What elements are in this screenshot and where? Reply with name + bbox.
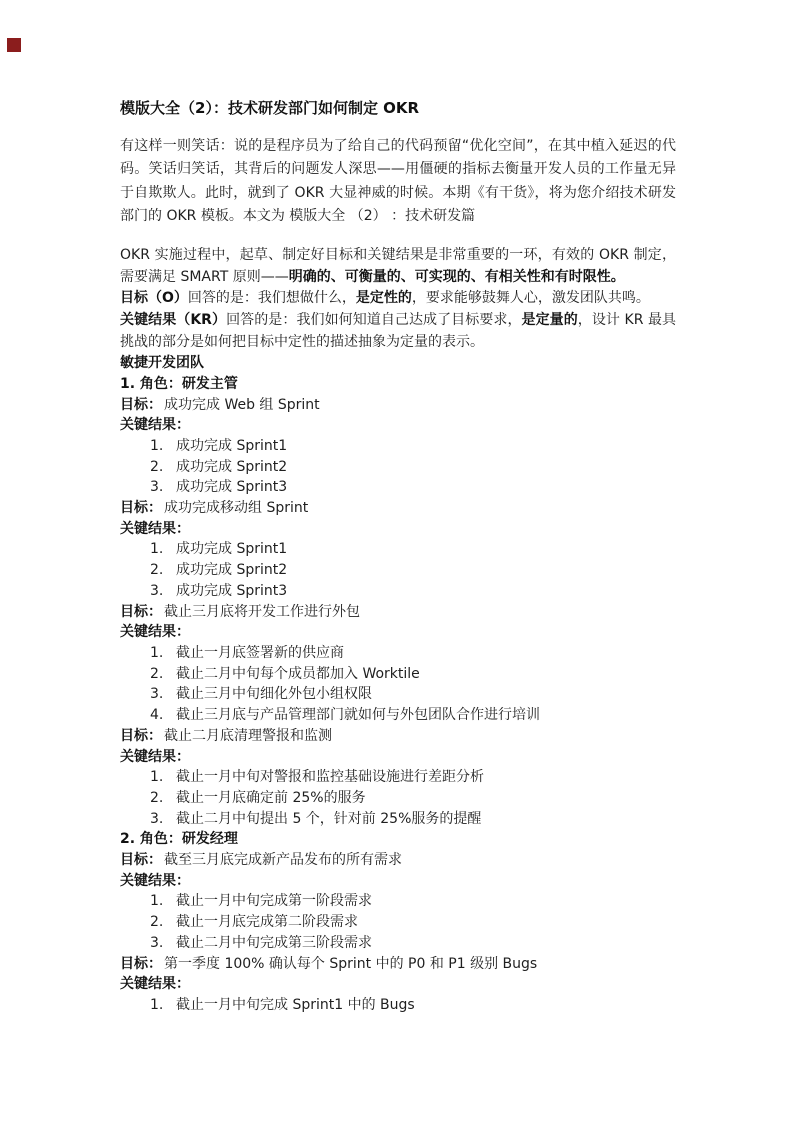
kr-item-text: 截止一月底签署新的供应商	[176, 645, 344, 661]
kr-item: 1.截止一月中旬完成 Sprint1 中的 Bugs	[120, 995, 676, 1016]
kr-item: 3.成功完成 Sprint3	[120, 581, 676, 602]
objective-label: 目标：	[120, 728, 162, 744]
role-heading: 1. 角色：研发主管	[120, 374, 676, 395]
kr-item-text: 截止二月中旬完成第三阶段需求	[176, 935, 372, 951]
objective-label: 目标：	[120, 604, 162, 620]
kr-label: 关键结果：	[120, 976, 190, 992]
kr-definition-paragraph: 关键结果（KR）回答的是：我们如何知道自己达成了目标要求，是定量的，设计 KR …	[120, 310, 676, 353]
kr-item-text: 截止二月中旬提出 5 个，针对前 25%服务的提醒	[176, 811, 481, 827]
kr-item-number: 2.	[150, 912, 176, 933]
kr-label: 关键结果：	[120, 417, 190, 433]
kr-item-number: 3.	[150, 933, 176, 954]
objective-label: 目标：	[120, 956, 162, 972]
kr-item-number: 2.	[150, 788, 176, 809]
objective-definition-paragraph: 目标（O）回答的是：我们想做什么，是定性的，要求能够鼓舞人心，激发团队共鸣。	[120, 288, 676, 310]
kr-label: 关键结果：	[120, 624, 190, 640]
kr-item-number: 1.	[150, 891, 176, 912]
kr-label-line: 关键结果：	[120, 747, 676, 768]
kr-item-number: 1.	[150, 767, 176, 788]
objective-line: 目标：截止三月底将开发工作进行外包	[120, 602, 676, 623]
kr-item: 1.截止一月中旬对警报和监控基础设施进行差距分析	[120, 767, 676, 788]
page-corner-mark	[7, 38, 21, 52]
kr-label: 关键结果：	[120, 873, 190, 889]
kr-item-number: 2.	[150, 457, 176, 478]
kr-item-text: 成功完成 Sprint1	[176, 541, 287, 557]
kr-item: 4.截止三月底与产品管理部门就如何与外包团队合作进行培训	[120, 705, 676, 726]
kr-item-number: 1.	[150, 995, 176, 1016]
kr-item-text: 成功完成 Sprint3	[176, 479, 287, 495]
objective-line: 目标：截至三月底完成新产品发布的所有需求	[120, 850, 676, 871]
objective-text: 第一季度 100% 确认每个 Sprint 中的 P0 和 P1 级别 Bugs	[164, 956, 537, 972]
kr-item-text: 截止一月中旬对警报和监控基础设施进行差距分析	[176, 769, 484, 785]
kr-label-line: 关键结果：	[120, 974, 676, 995]
objective-text: 成功完成移动组 Sprint	[164, 500, 308, 516]
document-content: 模版大全（2）：技术研发部门如何制定 OKR 有这样一则笑话：说的是程序员为了给…	[120, 99, 676, 1016]
role-heading: 2. 角色：研发经理	[120, 829, 676, 850]
kr-label-line: 关键结果：	[120, 415, 676, 436]
kr-item-number: 2.	[150, 664, 176, 685]
smart-principle-paragraph: OKR 实施过程中，起草、制定好目标和关键结果是非常重要的一环，有效的 OKR …	[120, 245, 676, 288]
kr-item-text: 截止三月中旬细化外包小组权限	[176, 686, 372, 702]
kr-item-number: 3.	[150, 581, 176, 602]
objective-label: 目标：	[120, 397, 162, 413]
kr-label-line: 关键结果：	[120, 519, 676, 540]
objective-label: 目标：	[120, 852, 162, 868]
kr-item-text: 成功完成 Sprint1	[176, 438, 287, 454]
kr-item: 2.成功完成 Sprint2	[120, 560, 676, 581]
kr-label: 关键结果：	[120, 749, 190, 765]
objective-text: 截止二月底清理警报和监测	[164, 728, 332, 744]
objective-line: 目标：第一季度 100% 确认每个 Sprint 中的 P0 和 P1 级别 B…	[120, 954, 676, 975]
kr-item-text: 成功完成 Sprint2	[176, 562, 287, 578]
kr-item: 1.截止一月中旬完成第一阶段需求	[120, 891, 676, 912]
objective-text: 成功完成 Web 组 Sprint	[164, 397, 320, 413]
kr-item: 2.截止二月中旬每个成员都加入 Worktile	[120, 664, 676, 685]
objective-line: 目标：成功完成 Web 组 Sprint	[120, 395, 676, 416]
kr-item-text: 截止一月中旬完成第一阶段需求	[176, 893, 372, 909]
section-heading: 敏捷开发团队	[120, 353, 676, 374]
intro-paragraph: 有这样一则笑话：说的是程序员为了给自己的代码预留“优化空间”，在其中植入延迟的代…	[120, 135, 676, 228]
objective-label: 目标：	[120, 500, 162, 516]
objective-text: 截至三月底完成新产品发布的所有需求	[164, 852, 402, 868]
kr-item: 1.成功完成 Sprint1	[120, 436, 676, 457]
kr-item-number: 2.	[150, 560, 176, 581]
kr-item-number: 1.	[150, 643, 176, 664]
okr-template-section: 敏捷开发团队 1. 角色：研发主管目标：成功完成 Web 组 Sprint关键结…	[120, 353, 676, 1016]
kr-label-line: 关键结果：	[120, 622, 676, 643]
kr-item-text: 成功完成 Sprint3	[176, 583, 287, 599]
kr-item-text: 截止三月底与产品管理部门就如何与外包团队合作进行培训	[176, 707, 540, 723]
kr-item: 3.截止二月中旬完成第三阶段需求	[120, 933, 676, 954]
kr-item-text: 截止一月底完成第二阶段需求	[176, 914, 358, 930]
kr-item: 2.截止一月底完成第二阶段需求	[120, 912, 676, 933]
kr-item: 1.成功完成 Sprint1	[120, 539, 676, 560]
kr-item-number: 4.	[150, 705, 176, 726]
kr-item: 2.成功完成 Sprint2	[120, 457, 676, 478]
kr-item: 2.截止一月底确定前 25%的服务	[120, 788, 676, 809]
kr-item-text: 截止二月中旬每个成员都加入 Worktile	[176, 666, 420, 682]
kr-item: 3.成功完成 Sprint3	[120, 477, 676, 498]
kr-item-number: 3.	[150, 684, 176, 705]
kr-item: 3.截止三月中旬细化外包小组权限	[120, 684, 676, 705]
kr-item-number: 3.	[150, 809, 176, 830]
kr-item-number: 3.	[150, 477, 176, 498]
document-title: 模版大全（2）：技术研发部门如何制定 OKR	[120, 99, 676, 117]
kr-item-number: 1.	[150, 436, 176, 457]
objective-line: 目标：截止二月底清理警报和监测	[120, 726, 676, 747]
kr-item: 1.截止一月底签署新的供应商	[120, 643, 676, 664]
okr-roles-list: 1. 角色：研发主管目标：成功完成 Web 组 Sprint关键结果：1.成功完…	[120, 374, 676, 1016]
kr-item-text: 截止一月底确定前 25%的服务	[176, 790, 366, 806]
kr-item-text: 成功完成 Sprint2	[176, 459, 287, 475]
objective-line: 目标：成功完成移动组 Sprint	[120, 498, 676, 519]
document-page: 模版大全（2）：技术研发部门如何制定 OKR 有这样一则笑话：说的是程序员为了给…	[0, 0, 793, 1122]
kr-item-number: 1.	[150, 539, 176, 560]
kr-item-text: 截止一月中旬完成 Sprint1 中的 Bugs	[176, 997, 415, 1013]
kr-label-line: 关键结果：	[120, 871, 676, 892]
objective-text: 截止三月底将开发工作进行外包	[164, 604, 360, 620]
kr-item: 3.截止二月中旬提出 5 个，针对前 25%服务的提醒	[120, 809, 676, 830]
kr-label: 关键结果：	[120, 521, 190, 537]
